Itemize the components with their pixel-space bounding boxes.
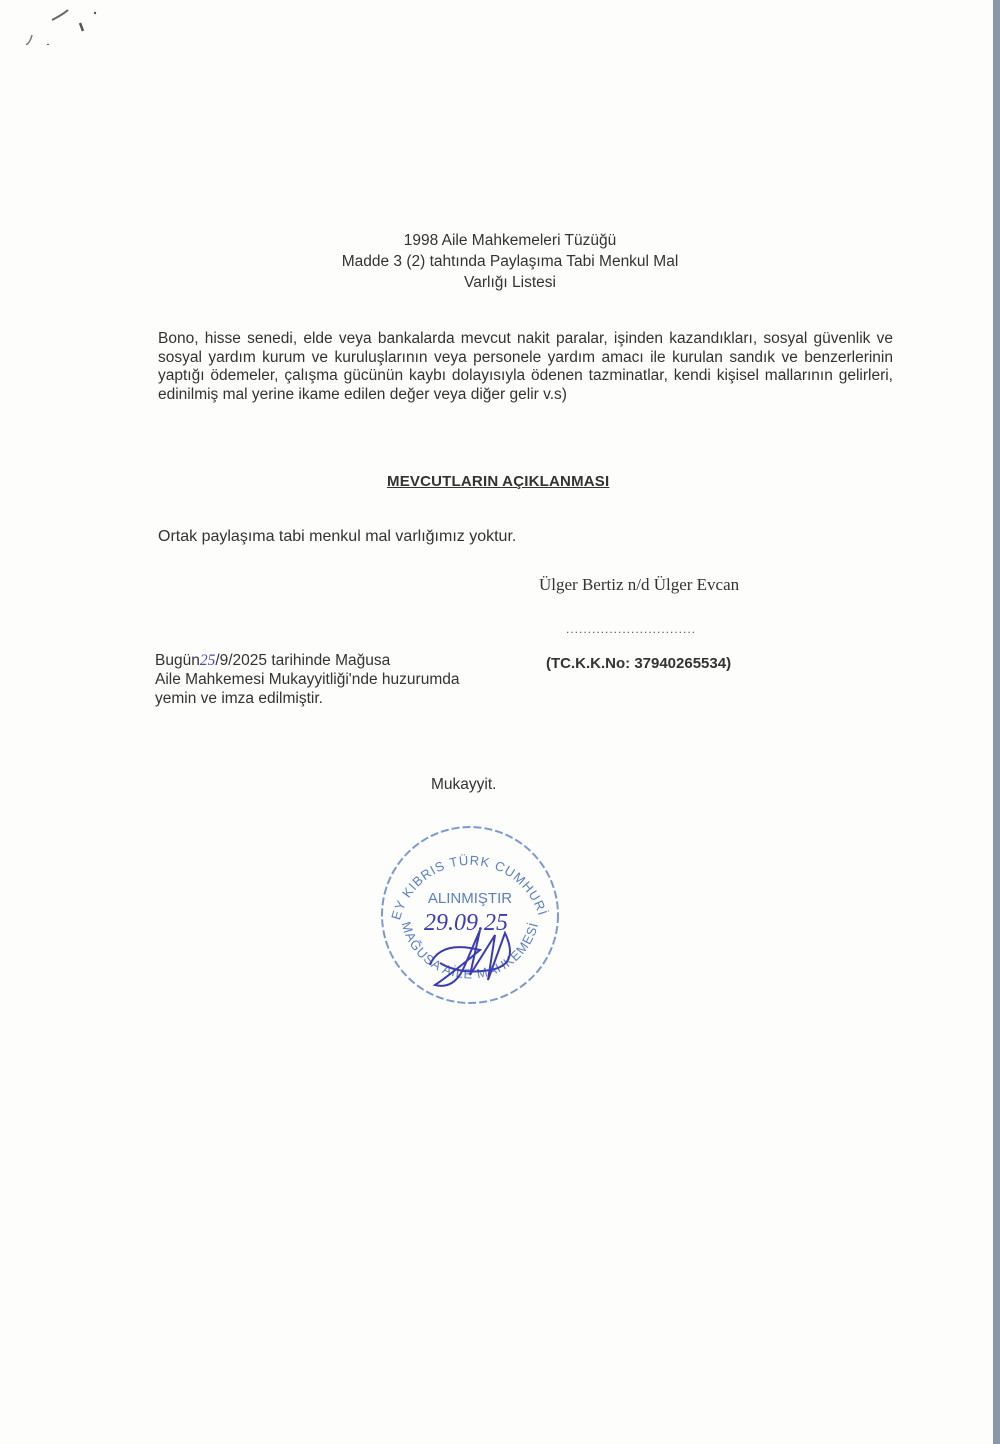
- title-line-3: Varlığı Listesi: [250, 272, 770, 293]
- intro-paragraph: Bono, hisse senedi, elde veya bankalarda…: [158, 330, 893, 404]
- id-number: (TC.K.K.No: 37940265534): [546, 655, 731, 672]
- document-title: 1998 Aile Mahkemeleri Tüzüğü Madde 3 (2)…: [250, 230, 770, 293]
- title-line-1: 1998 Aile Mahkemeleri Tüzüğü: [250, 230, 770, 251]
- page-edge-shadow: [993, 0, 1000, 1444]
- section-heading: MEVCUTLARIN AÇIKLANMASI: [387, 473, 609, 490]
- stamp-handwritten-date: 29.09.25: [424, 910, 508, 936]
- stamp-center: ALINMIŞTIR: [428, 890, 512, 907]
- court-stamp: KUZEY KIBRIS TÜRK CUMHURİYETİ MAĞUSA AİL…: [370, 815, 570, 1015]
- oath-line-1-rest: /9/2025 tarihinde Mağusa: [215, 652, 390, 669]
- clerk-label: Mukayyit.: [431, 776, 496, 794]
- oath-line-3: yemin ve imza edilmiştir.: [155, 689, 515, 708]
- scan-marks: [10, 5, 100, 45]
- handwritten-day: 25: [200, 652, 216, 669]
- oath-prefix: Bugün: [155, 652, 200, 669]
- declaration-statement: Ortak paylaşıma tabi menkul mal varlığım…: [158, 528, 516, 546]
- oath-line-2: Aile Mahkemesi Mukayyitliği'nde huzurumd…: [155, 670, 515, 689]
- oath-statement: Bugün25/9/2025 tarihinde Mağusa Aile Mah…: [155, 651, 515, 708]
- signer-name: Ülger Bertiz n/d Ülger Evcan: [539, 575, 739, 595]
- title-line-2: Madde 3 (2) tahtında Paylaşıma Tabi Menk…: [250, 251, 770, 272]
- signature-line: ..............................: [566, 622, 696, 636]
- document-page: 1998 Aile Mahkemeleri Tüzüğü Madde 3 (2)…: [0, 0, 993, 1444]
